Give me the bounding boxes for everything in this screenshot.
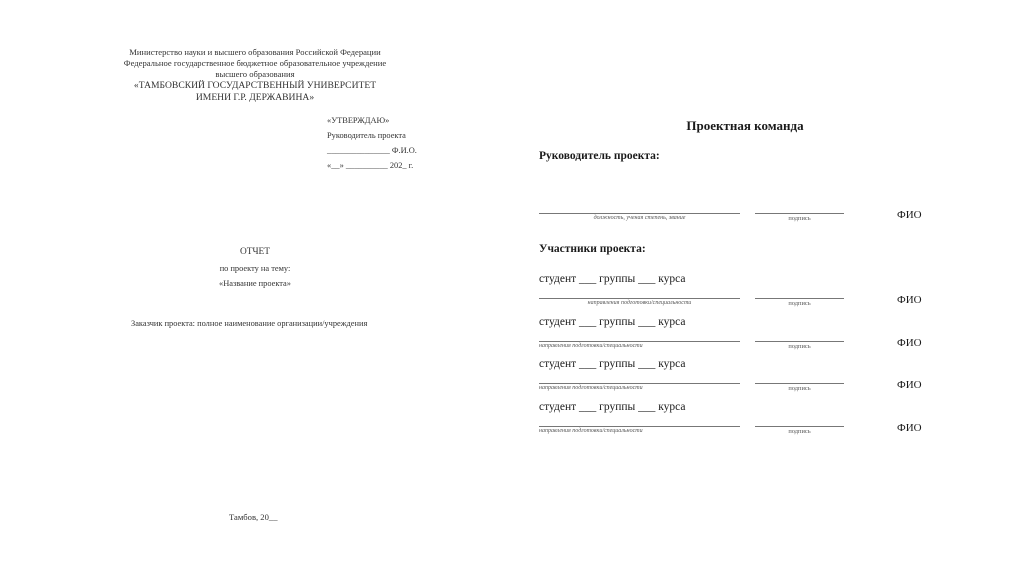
specialty-field-caption: направления подготовки/специальности [539,385,740,391]
approval-role: Руководитель проекта [327,128,447,143]
approval-stamp: «УТВЕРЖДАЮ» [327,113,447,128]
signature-caption: подпись [755,300,844,307]
participant-line: студент ___ группы ___ курса [539,273,686,285]
signature-line [755,383,844,384]
position-field-caption: должность, ученая степень, звание [539,215,740,221]
team-page-title: Проектная команда [540,118,950,134]
ministry-line: Министерство науки и высшего образования… [100,47,410,58]
customer-line: Заказчик проекта: полное наименование ор… [131,319,367,328]
specialty-field-caption: направления подготовки/специальности [539,300,740,306]
project-name: «Название проекта» [150,276,360,292]
report-title-block: ОТЧЕТ по проекту на тему: «Название прое… [150,245,360,292]
participant-line: студент ___ группы ___ курса [539,401,686,413]
participant-name: ФИО [897,294,922,306]
participant-name: ФИО [897,337,922,349]
specialty-field-line [539,341,740,342]
participant-name: ФИО [897,422,922,434]
university-header: Министерство науки и высшего образования… [100,47,410,103]
specialty-field-line [539,426,740,427]
signature-line [755,213,844,214]
institution-type-line: Федеральное государственное бюджетное об… [100,58,410,69]
specialty-field-caption: направления подготовки/специальности [539,343,740,349]
approval-block: «УТВЕРЖДАЮ» Руководитель проекта _______… [327,113,447,173]
approval-date-line: «__» __________ 202_ г. [327,158,447,173]
signature-line [755,426,844,427]
leader-signature-row: должность, ученая степень, звание подпис… [539,213,939,233]
participant-signature-row: направления подготовки/специальности под… [539,298,939,318]
specialty-field-caption: направления подготовки/специальности [539,428,740,434]
position-field-line [539,213,740,214]
leader-name: ФИО [897,209,922,221]
city-year: Тамбов, 20__ [229,512,278,522]
specialty-field-line [539,298,740,299]
signature-line [755,341,844,342]
report-title: ОТЧЕТ [150,245,360,261]
participant-signature-row: направления подготовки/специальности под… [539,426,939,446]
participant-line: студент ___ группы ___ курса [539,358,686,370]
participant-signature-row: направления подготовки/специальности под… [539,383,939,403]
report-subtitle: по проекту на тему: [150,261,360,277]
signature-line [755,298,844,299]
specialty-field-line [539,383,740,384]
approval-signature-line: _______________ Ф.И.О. [327,143,447,158]
signature-caption: подпись [755,215,844,222]
institution-level-line: высшего образования [100,69,410,80]
signature-caption: подпись [755,428,844,435]
university-name-line: «ТАМБОВСКИЙ ГОСУДАРСТВЕННЫЙ УНИВЕРСИТЕТ [100,80,410,92]
university-name-line-2: ИМЕНИ Г.Р. ДЕРЖАВИНА» [100,92,410,104]
participant-line: студент ___ группы ___ курса [539,316,686,328]
participants-heading: Участники проекта: [539,243,646,255]
signature-caption: подпись [755,343,844,350]
leader-heading: Руководитель проекта: [539,150,660,162]
participant-name: ФИО [897,379,922,391]
signature-caption: подпись [755,385,844,392]
